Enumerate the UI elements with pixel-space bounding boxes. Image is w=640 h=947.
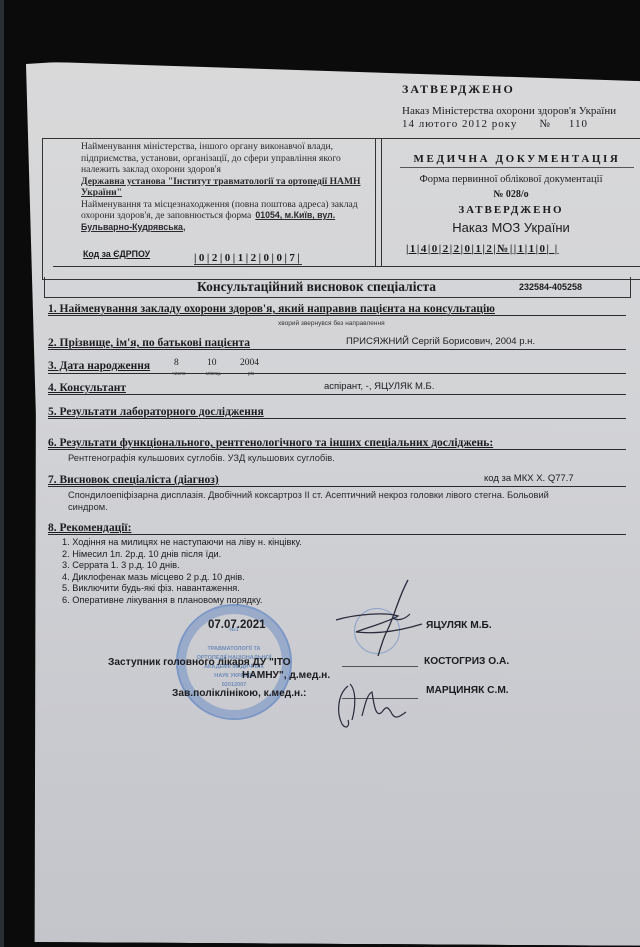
section-1: 1. Найменування закладу охорони здоров'я… <box>48 299 626 316</box>
recommendations-list: 1. Ходіння на милицях не наступаючи на л… <box>62 537 302 607</box>
divider <box>53 266 640 267</box>
section-6: 6. Результати функціонального, рентгенол… <box>48 433 626 450</box>
document-title: Консультаційний висновок спеціаліста <box>197 279 436 295</box>
section-8: 8. Рекомендації: <box>48 518 626 535</box>
edrpou-code: |0|2|0|1|2|0|0|7| <box>194 252 302 265</box>
recommendation-item: 2. Німесил 1п. 2р.д. 10 днів після їди. <box>62 549 302 561</box>
institution-panel: Найменування міністерства, іншого органу… <box>43 139 376 266</box>
consultant-value: аспірант, -, ЯЦУЛЯК М.Б. <box>324 381 434 392</box>
document-id: 232584-405258 <box>519 282 582 292</box>
section-2-label: 2. Прізвище, ім'я, по батькові пацієнта <box>48 337 250 349</box>
approval-date: 14 лютого 2012 року№110 <box>402 118 640 130</box>
consultant-name: ЯЦУЛЯК М.Б. <box>426 620 492 631</box>
section-1-label: 1. Найменування закладу охорони здоров'я… <box>48 303 495 315</box>
recommendation-item: 1. Ходіння на милицях не наступаючи на л… <box>62 537 302 549</box>
section-5-label: 5. Результати лабораторного дослідження <box>48 406 264 418</box>
section-7: 7. Висновок спеціаліста (діагноз) код за… <box>48 470 626 487</box>
medical-documentation-panel: МЕДИЧНА ДОКУМЕНТАЦІЯ Форма первинної обл… <box>381 139 640 266</box>
recommendation-item: 6. Оперативне лікування в плановому поря… <box>62 595 302 607</box>
dob-year-caption: рік <box>248 371 254 377</box>
med-doc-title: МЕДИЧНА ДОКУМЕНТАЦІЯ <box>400 139 634 168</box>
form-order-code: |1|4|0|2|2|0|1|2|№||1|1|0| | <box>406 243 640 255</box>
section-4-label: 4. Консультант <box>48 382 126 394</box>
head-signature <box>334 676 414 736</box>
referral-note: хворий звернувся без направлення <box>278 320 385 327</box>
approval-order: Наказ Міністерства охорони здоров'я Укра… <box>402 105 640 118</box>
background-edge <box>0 0 4 947</box>
dob-year: 2004 <box>240 358 259 368</box>
recommendation-item: 5. Виключити будь-які фіз. навантаження. <box>62 583 302 595</box>
patient-name: ПРИСЯЖНИЙ Сергій Борисович, 2004 р.н. <box>346 336 535 347</box>
section-8-label: 8. Рекомендації: <box>48 522 131 534</box>
document-title-row: Консультаційний висновок спеціаліста 232… <box>44 277 631 298</box>
icd-code: код за МКХ X. Q77.7 <box>484 473 574 484</box>
diagnosis-text: Спондилоепіфізарна дисплазія. Двобічний … <box>68 489 588 513</box>
approval-title: ЗАТВЕРДЖЕНО <box>402 82 640 97</box>
form-order: Наказ МОЗ України <box>382 220 640 235</box>
consultant-signature <box>326 578 436 658</box>
form-caption: Форма первинної облікової документації <box>382 174 640 185</box>
form-number: № 028/о <box>382 189 640 200</box>
section-4: 4. Консультант аспірант, -, ЯЦУЛЯК М.Б. <box>48 378 626 395</box>
section-3: 3. Дата народження <box>48 356 626 374</box>
recommendation-item: 3. Серрата 1. 3 р.д. 10 днів. <box>62 560 302 572</box>
dob-month-caption: місяць <box>206 371 221 377</box>
dob-day: 8 <box>174 358 179 368</box>
edrpou-label: Код за ЄДРПОУ <box>83 249 150 259</box>
form-approved: ЗАТВЕРДЖЕНО <box>382 204 640 216</box>
approval-block: ЗАТВЕРДЖЕНО Наказ Міністерства охорони з… <box>402 82 640 130</box>
dob-month: 10 <box>207 358 217 368</box>
recommendation-item: 4. Диклофенак мазь місцево 2 р.д. 10 дні… <box>62 572 302 584</box>
deputy-signature-line <box>342 666 418 667</box>
dob-day-caption: число <box>172 371 186 377</box>
head-name: МАРЦИНЯК С.М. <box>426 685 509 696</box>
deputy-title-line-2: НАМНУ", д.мед.н. <box>242 670 330 681</box>
section-6-label: 6. Результати функціонального, рентгенол… <box>48 437 493 449</box>
section-7-label: 7. Висновок спеціаліста (діагноз) <box>48 474 219 486</box>
section-6-value: Рентгенографія кульшових суглобів. УЗД к… <box>68 452 335 464</box>
section-2: 2. Прізвище, ім'я, по батькові пацієнта … <box>48 333 626 350</box>
deputy-title-line-1: Заступник головного лікаря ДУ "ІТО <box>108 657 291 668</box>
deputy-name: КОСТОГРИЗ О.А. <box>424 656 509 667</box>
ministry-caption: Найменування міністерства, іншого органу… <box>81 141 371 176</box>
head-title: Зав.поліклінікою, к.мед.н.: <box>172 688 306 699</box>
signature-date: 07.07.2021 <box>208 619 266 631</box>
header-box: Найменування міністерства, іншого органу… <box>42 138 640 280</box>
section-5: 5. Результати лабораторного дослідження <box>48 402 626 419</box>
institution-name: Державна установа "Інститут травматологі… <box>81 176 371 199</box>
section-3-label: 3. Дата народження <box>48 360 150 372</box>
